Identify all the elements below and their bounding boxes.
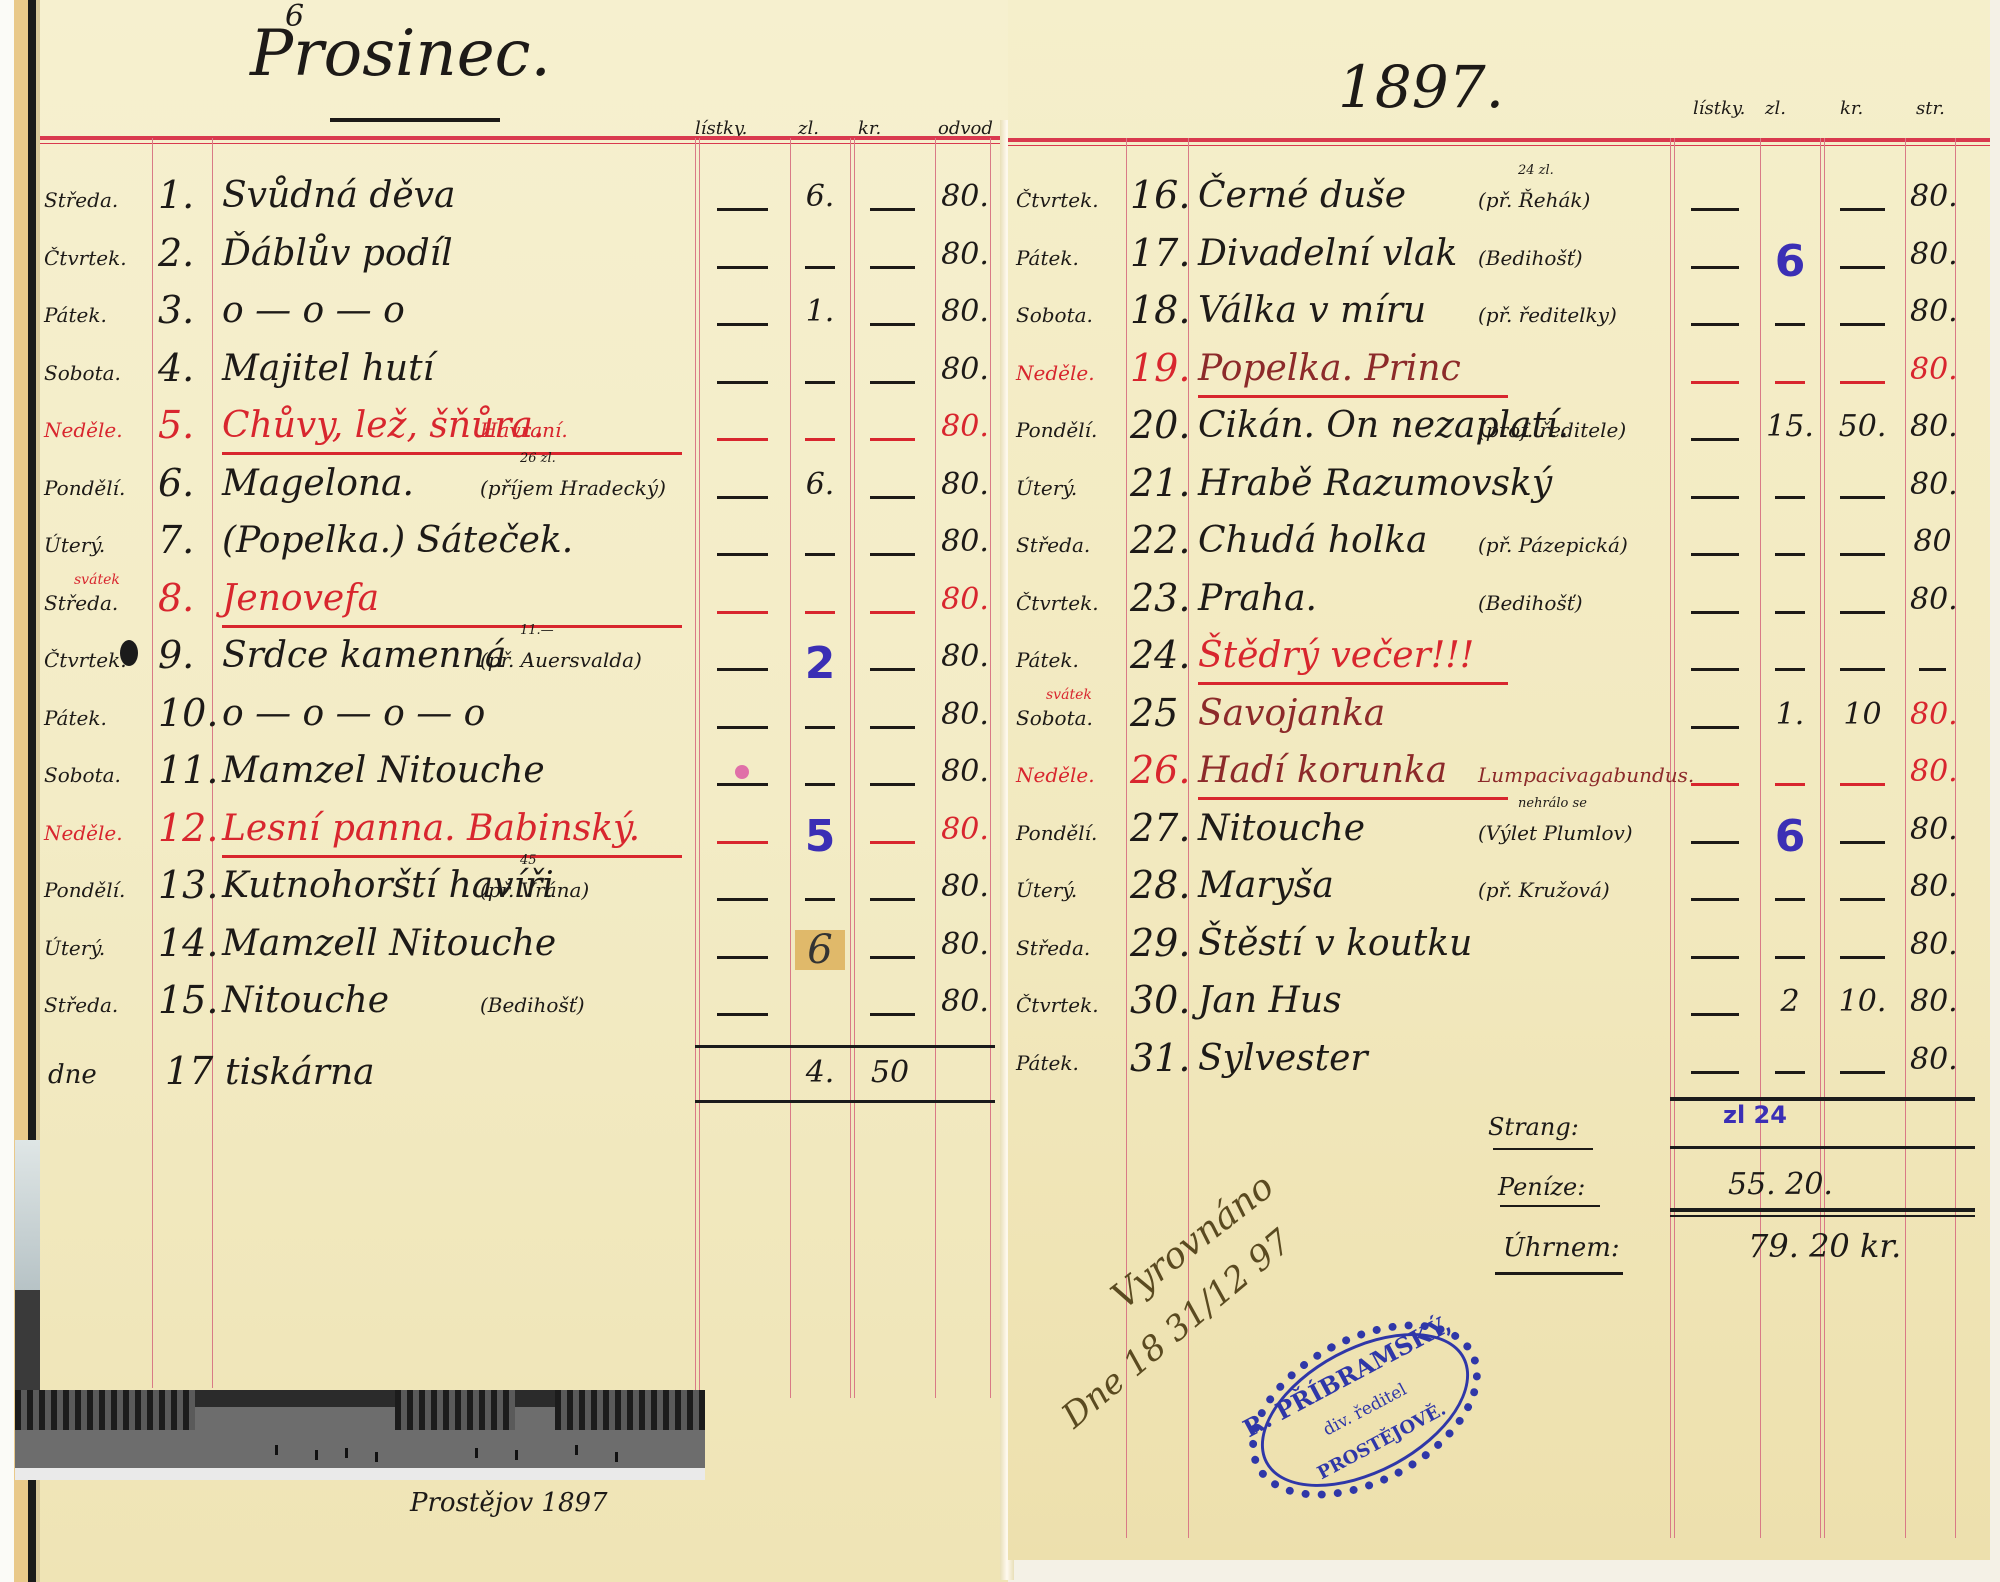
cell-kr-dash [1840, 1071, 1885, 1074]
col-line [695, 138, 696, 1398]
cell-zl: 1. [795, 297, 845, 327]
row-date: 2. [158, 234, 194, 272]
cell-kr-dash [870, 266, 915, 269]
month-superscript: 6 [285, 2, 304, 32]
cell-odvod: 80. [1910, 297, 1955, 327]
cell-odvod: 80. [940, 470, 990, 500]
row-day: Pondělí. [44, 478, 125, 498]
extra-row-kr: 50 [855, 1058, 925, 1088]
cell-listky-dash [1691, 496, 1739, 499]
cell-zl-dash [805, 553, 835, 556]
header-rule-thin [40, 143, 1008, 144]
row-play-title: o — o — o — o [222, 696, 485, 732]
cell-odvod: 80. [940, 240, 990, 270]
row-note: (př. Řehák) [1478, 190, 1590, 210]
row-date: 8. [158, 579, 194, 617]
row-note: (př. Kružová) [1478, 880, 1610, 900]
cell-kr-dash [870, 726, 915, 729]
row-day: Čtvrtek. [1016, 995, 1099, 1015]
cell-odvod: 80. [1910, 872, 1955, 902]
cell-listky-dash [717, 553, 768, 556]
row-day-note: svátek [74, 573, 120, 587]
cell-odvod: 80. [940, 527, 990, 557]
row-date: 19. [1130, 349, 1190, 387]
cell-listky-dash [1691, 841, 1739, 844]
cell-zl: 6 [1765, 240, 1815, 284]
row-day: Čtvrtek. [1016, 593, 1099, 613]
cell-kr-dash [870, 553, 915, 556]
row-date: 5. [158, 406, 194, 444]
red-underline [1198, 395, 1508, 398]
cell-kr-dash [870, 668, 915, 671]
year-title: 1897. [1338, 58, 1504, 116]
row-play-title: Ďáblův podíl [222, 236, 453, 272]
cell-listky-dash [1691, 266, 1739, 269]
row-day-note: svátek [1046, 688, 1092, 702]
row-superscript: 24 zl. [1518, 164, 1554, 177]
row-note: (Výlet Plumlov) [1478, 823, 1633, 843]
cell-zl-dash [1775, 783, 1805, 786]
row-date: 26. [1130, 751, 1190, 789]
cell-kr-dash [1840, 783, 1885, 786]
footer-inscription: Prostějov 1897 [410, 1490, 608, 1516]
row-play-title: (Popelka.) Sáteček. [222, 523, 573, 559]
cell-kr: 50. [1825, 412, 1900, 442]
cell-odvod: 80. [1910, 412, 1955, 442]
col-line [1670, 138, 1671, 1538]
cell-listky-dash [1691, 323, 1739, 326]
cell-odvod: 80. [940, 585, 990, 615]
row-day: Středa. [1016, 938, 1090, 958]
row-day: Sobota. [1016, 305, 1093, 325]
row-play-title: Černé duše [1198, 178, 1406, 214]
red-underline [222, 625, 682, 628]
cell-odvod: 80. [1910, 470, 1955, 500]
row-superscript: 26 zl. [520, 452, 556, 465]
row-date: 6. [158, 464, 194, 502]
row-play-title: Savojanka [1198, 696, 1385, 732]
cell-listky-dash [1691, 381, 1739, 384]
red-underline [1198, 797, 1508, 800]
row-date: 7. [158, 521, 194, 559]
row-play-title: Chudá holka [1198, 523, 1428, 559]
row-day: Pátek. [1016, 248, 1079, 268]
cell-kr-dash [870, 783, 915, 786]
cell-kr-dash [870, 898, 915, 901]
row-note: Havraní. [480, 420, 568, 440]
summary-rule-3b [1670, 1215, 1975, 1217]
cell-kr-dash [870, 438, 915, 441]
cell-odvod: 80 [1910, 527, 1955, 557]
col-line [1126, 138, 1127, 1538]
cell-listky-dash [717, 208, 768, 211]
cell-zl-dash [805, 726, 835, 729]
cell-odvod: 80. [940, 987, 990, 1017]
extra-row-date: 17 [165, 1052, 213, 1090]
cell-listky-dash [717, 438, 768, 441]
row-date: 1. [158, 176, 194, 214]
row-date: 31. [1130, 1039, 1190, 1077]
row-day: Pátek. [1016, 1053, 1079, 1073]
col-line [790, 138, 791, 1398]
row-date: 20. [1130, 406, 1190, 444]
cell-kr-dash [1840, 553, 1885, 556]
cell-listky-dash [1691, 208, 1739, 211]
row-note: (př. ředitelky) [1478, 305, 1617, 325]
cell-odvod: 80. [1910, 700, 1955, 730]
cell-zl-dash [1775, 381, 1805, 384]
cell-zl: 6 [795, 930, 845, 970]
cell-zl-dash [1775, 611, 1805, 614]
row-day: Čtvrtek. [1016, 190, 1099, 210]
cell-odvod: 80. [1910, 182, 1955, 212]
cell-kr-dash [1840, 841, 1885, 844]
row-play-title: Sylvester [1198, 1041, 1368, 1077]
row-day: Sobota. [44, 363, 121, 383]
row-play-title: Lesní panna. Babinský. [222, 811, 640, 847]
row-day: Pátek. [44, 305, 107, 325]
col-header-zl: zl. [1765, 100, 1786, 118]
cell-odvod: 80. [940, 182, 990, 212]
row-day: Středa. [44, 995, 118, 1015]
cell-zl: 6 [1765, 815, 1815, 859]
cell-odvod: 80. [1910, 355, 1955, 385]
extra-row-play: tiskárna [225, 1055, 375, 1091]
cell-odvod: 80. [940, 412, 990, 442]
row-date: 11. [158, 751, 218, 789]
header-rule [40, 136, 1008, 140]
cell-kr-dash [1840, 611, 1885, 614]
cell-kr-dash [870, 841, 915, 844]
row-date: 4. [158, 349, 194, 387]
row-date: 29. [1130, 924, 1190, 962]
cell-zl-dash [805, 266, 835, 269]
row-play-title: Svůdná děva [222, 178, 455, 214]
cell-kr-dash [1840, 496, 1885, 499]
ledger-page-right: 1897. lístky. zl. kr. str. Čtvrtek.16.Če… [1008, 0, 1990, 1560]
cell-kr-dash [870, 496, 915, 499]
cell-odvod: 80. [1910, 930, 1955, 960]
ink-blot [120, 640, 138, 666]
cell-zl: 2 [795, 642, 845, 686]
cell-kr-dash [1840, 381, 1885, 384]
cell-odvod: 80. [1910, 585, 1955, 615]
cell-listky-dash [1691, 783, 1739, 786]
row-play-title: Mamzell Nitouche [222, 926, 556, 962]
row-day: Pondělí. [44, 880, 125, 900]
row-play-title: Mamzel Nitouche [222, 753, 545, 789]
cell-zl: 6. [795, 470, 845, 500]
summary-uhrnem-value: 79. 20 kr. [1748, 1230, 1901, 1262]
row-day: Úterý. [44, 938, 105, 958]
pasted-town-square-photo [15, 1390, 705, 1480]
underline [1493, 1148, 1593, 1150]
row-note: (Bedihošť) [1478, 248, 1583, 268]
row-day: Úterý. [1016, 880, 1077, 900]
cell-listky-dash [1691, 611, 1739, 614]
cell-zl-dash [805, 438, 835, 441]
row-date: 23. [1130, 579, 1190, 617]
row-day: Čtvrtek. [44, 248, 127, 268]
col-line [152, 138, 153, 1388]
row-date: 15. [158, 981, 218, 1019]
summary-uhrnem-label: Úhrnem: [1503, 1235, 1620, 1261]
row-date: 22. [1130, 521, 1190, 559]
row-day: Neděle. [44, 823, 123, 843]
row-superscript: 45 [520, 854, 537, 867]
cell-zl-dash [1775, 1071, 1805, 1074]
cell-zl-dash [805, 381, 835, 384]
cell-odvod: 80. [940, 757, 990, 787]
col-line [935, 138, 936, 1398]
cell-odvod: 80. [1910, 757, 1955, 787]
row-note: (př. Pázepická) [1478, 535, 1628, 555]
cell-listky-dash [717, 611, 768, 614]
cell-odvod: 80. [1910, 240, 1955, 270]
cell-listky-dash [717, 898, 768, 901]
row-superscript: 11.— [520, 624, 554, 637]
cell-listky-dash [717, 783, 768, 786]
row-date: 9. [158, 636, 194, 674]
cell-listky-dash [717, 726, 768, 729]
cell-zl: 5 [795, 815, 845, 859]
cell-odvod: 80. [940, 872, 990, 902]
cell-zl-dash [805, 783, 835, 786]
cell-listky-dash [717, 266, 768, 269]
total-rule [695, 1100, 995, 1103]
cell-listky-dash [1691, 553, 1739, 556]
cell-kr-dash [1840, 323, 1885, 326]
underline [1500, 1205, 1600, 1207]
cell-listky-dash [1691, 1013, 1739, 1016]
cell-listky-dash [717, 381, 768, 384]
row-date: 25 [1130, 694, 1178, 732]
row-day: Pátek. [44, 708, 107, 728]
cell-listky-dash [717, 956, 768, 959]
cell-odvod: 80. [940, 355, 990, 385]
cell-kr-dash [870, 208, 915, 211]
cell-listky-dash [717, 496, 768, 499]
cell-zl-dash [1775, 668, 1805, 671]
cell-listky-dash [1691, 956, 1739, 959]
col-line [1905, 138, 1906, 1538]
row-play-title: o — o — o [222, 293, 405, 329]
row-superscript: nehrálo se [1518, 797, 1587, 810]
cell-odvod: 80. [940, 642, 990, 672]
row-play-title: Jenovefa [222, 581, 379, 617]
cell-listky-dash [1691, 1071, 1739, 1074]
row-day: Sobota. [1016, 708, 1093, 728]
col-line [1760, 138, 1761, 1538]
row-date: 10. [158, 694, 218, 732]
cell-zl-dash [1775, 956, 1805, 959]
red-underline [222, 452, 682, 455]
row-day: Neděle. [1016, 363, 1095, 383]
summary-strang-value: zl 24 [1723, 1103, 1787, 1127]
col-line [1820, 138, 1821, 1538]
row-note: (Bedihošť) [480, 995, 585, 1015]
row-play-title: Jan Hus [1198, 983, 1342, 1019]
row-date: 18. [1130, 291, 1190, 329]
row-date: 28. [1130, 866, 1190, 904]
extra-row-day: dne [48, 1062, 97, 1088]
summary-penize-value: 55. 20. [1728, 1170, 1833, 1200]
cell-zl: 1. [1765, 700, 1815, 730]
cell-kr-dash [1840, 956, 1885, 959]
row-play-title: Praha. [1198, 581, 1317, 617]
row-date: 21. [1130, 464, 1190, 502]
row-date: 24. [1130, 636, 1190, 674]
row-day: Pondělí. [1016, 420, 1097, 440]
pink-ink-spot [735, 765, 749, 779]
cell-listky-dash [717, 323, 768, 326]
cell-listky-dash [1691, 668, 1739, 671]
row-day: Středa. [44, 593, 118, 613]
cell-zl: 15. [1765, 412, 1815, 442]
row-play-title: Divadelní vlak [1198, 236, 1457, 272]
cell-odvod-dash [1919, 668, 1946, 671]
col-header-kr: kr. [1840, 100, 1863, 118]
col-line [850, 138, 851, 1398]
row-note: (př. Vrána) [480, 880, 589, 900]
cell-odvod: 80. [940, 297, 990, 327]
red-underline [222, 855, 682, 858]
row-day: Pátek. [1016, 650, 1079, 670]
row-day: Středa. [44, 190, 118, 210]
cell-kr-dash [870, 611, 915, 614]
row-note: (prof. ředitele) [1478, 420, 1626, 440]
row-day: Sobota. [44, 765, 121, 785]
cell-odvod: 80. [940, 700, 990, 730]
row-date: 17. [1130, 234, 1190, 272]
title-underline [330, 118, 500, 122]
cell-kr: 10 [1825, 700, 1900, 730]
row-date: 16. [1130, 176, 1190, 214]
row-play-title: Magelona. [222, 466, 414, 502]
cell-zl: 6. [795, 182, 845, 212]
col-line [990, 138, 991, 1398]
row-play-title: Štědrý večer!!! [1198, 638, 1474, 674]
header-rule-thin [1008, 145, 1990, 146]
red-underline [1198, 682, 1508, 685]
underline [1495, 1272, 1623, 1275]
row-day: Neděle. [44, 420, 123, 440]
row-play-title: Maryša [1198, 868, 1334, 904]
summary-strang-label: Strang: [1488, 1115, 1579, 1139]
col-header-listky: lístky. [1693, 100, 1745, 118]
row-play-title: Nitouche [222, 983, 389, 1019]
cell-odvod: 80. [940, 815, 990, 845]
cell-odvod: 80. [940, 930, 990, 960]
summary-rule-3 [1670, 1208, 1975, 1212]
row-play-title: Srdce kamenná [222, 638, 506, 674]
summary-rule-1 [1670, 1097, 1975, 1101]
ledger-page-left: Prosinec. 6 lístky. zl. kr. odvod Středa… [40, 0, 1008, 1582]
row-note: (Bedihošť) [1478, 593, 1583, 613]
col-header-str: str. [1916, 100, 1945, 118]
cell-zl-dash [1775, 323, 1805, 326]
cell-zl-dash [805, 611, 835, 614]
cell-odvod: 80. [1910, 987, 1955, 1017]
row-play-title: Majitel hutí [222, 351, 434, 387]
cell-zl-dash [1775, 496, 1805, 499]
cell-kr-dash [1840, 898, 1885, 901]
row-date: 30. [1130, 981, 1190, 1019]
header-rule [1008, 138, 1990, 142]
cell-zl-dash [1775, 898, 1805, 901]
cell-listky-dash [1691, 898, 1739, 901]
extra-row-zl: 4. [795, 1058, 845, 1088]
cell-kr-dash [1840, 266, 1885, 269]
cell-zl-dash [805, 898, 835, 901]
summary-rule-2 [1670, 1146, 1975, 1149]
row-play-title: Hadí korunka [1198, 753, 1447, 789]
row-play-title: Hrabě Razumovský [1198, 466, 1552, 502]
row-day: Neděle. [1016, 765, 1095, 785]
row-play-title: Nitouche [1198, 811, 1365, 847]
cell-odvod: 80. [1910, 1045, 1955, 1075]
pasted-photo-edge [15, 1140, 43, 1390]
row-note: (příjem Hradecký) [480, 478, 666, 498]
subtotal-rule [695, 1045, 995, 1048]
cell-kr-dash [1840, 668, 1885, 671]
row-day: Úterý. [1016, 478, 1077, 498]
cell-kr-dash [870, 956, 915, 959]
row-date: 3. [158, 291, 194, 329]
row-day: Středa. [1016, 535, 1090, 555]
cell-listky-dash [717, 1013, 768, 1016]
row-date: 12. [158, 809, 218, 847]
row-date: 13. [158, 866, 218, 904]
row-note: Lumpacivagabundus. [1478, 765, 1694, 785]
cell-kr-dash [870, 1013, 915, 1016]
cell-listky-dash [717, 668, 768, 671]
cell-listky-dash [717, 841, 768, 844]
row-note: (př. Auersvalda) [480, 650, 642, 670]
summary-penize-label: Peníze: [1498, 1175, 1585, 1199]
cell-listky-dash [1691, 726, 1739, 729]
row-day: Úterý. [44, 535, 105, 555]
cell-kr-dash [870, 381, 915, 384]
row-date: 14. [158, 924, 218, 962]
cell-kr: 10. [1825, 987, 1900, 1017]
row-play-title: Popelka. Princ [1198, 351, 1461, 387]
row-day: Čtvrtek. [44, 650, 127, 670]
row-date: 27. [1130, 809, 1190, 847]
row-play-title: Válka v míru [1198, 293, 1426, 329]
row-day: Pondělí. [1016, 823, 1097, 843]
cell-kr-dash [1840, 208, 1885, 211]
cell-listky-dash [1691, 438, 1739, 441]
cell-zl-dash [1775, 553, 1805, 556]
cell-odvod: 80. [1910, 815, 1955, 845]
cell-zl: 2 [1765, 987, 1815, 1017]
row-play-title: Štěstí v koutku [1198, 926, 1472, 962]
cell-kr-dash [870, 323, 915, 326]
